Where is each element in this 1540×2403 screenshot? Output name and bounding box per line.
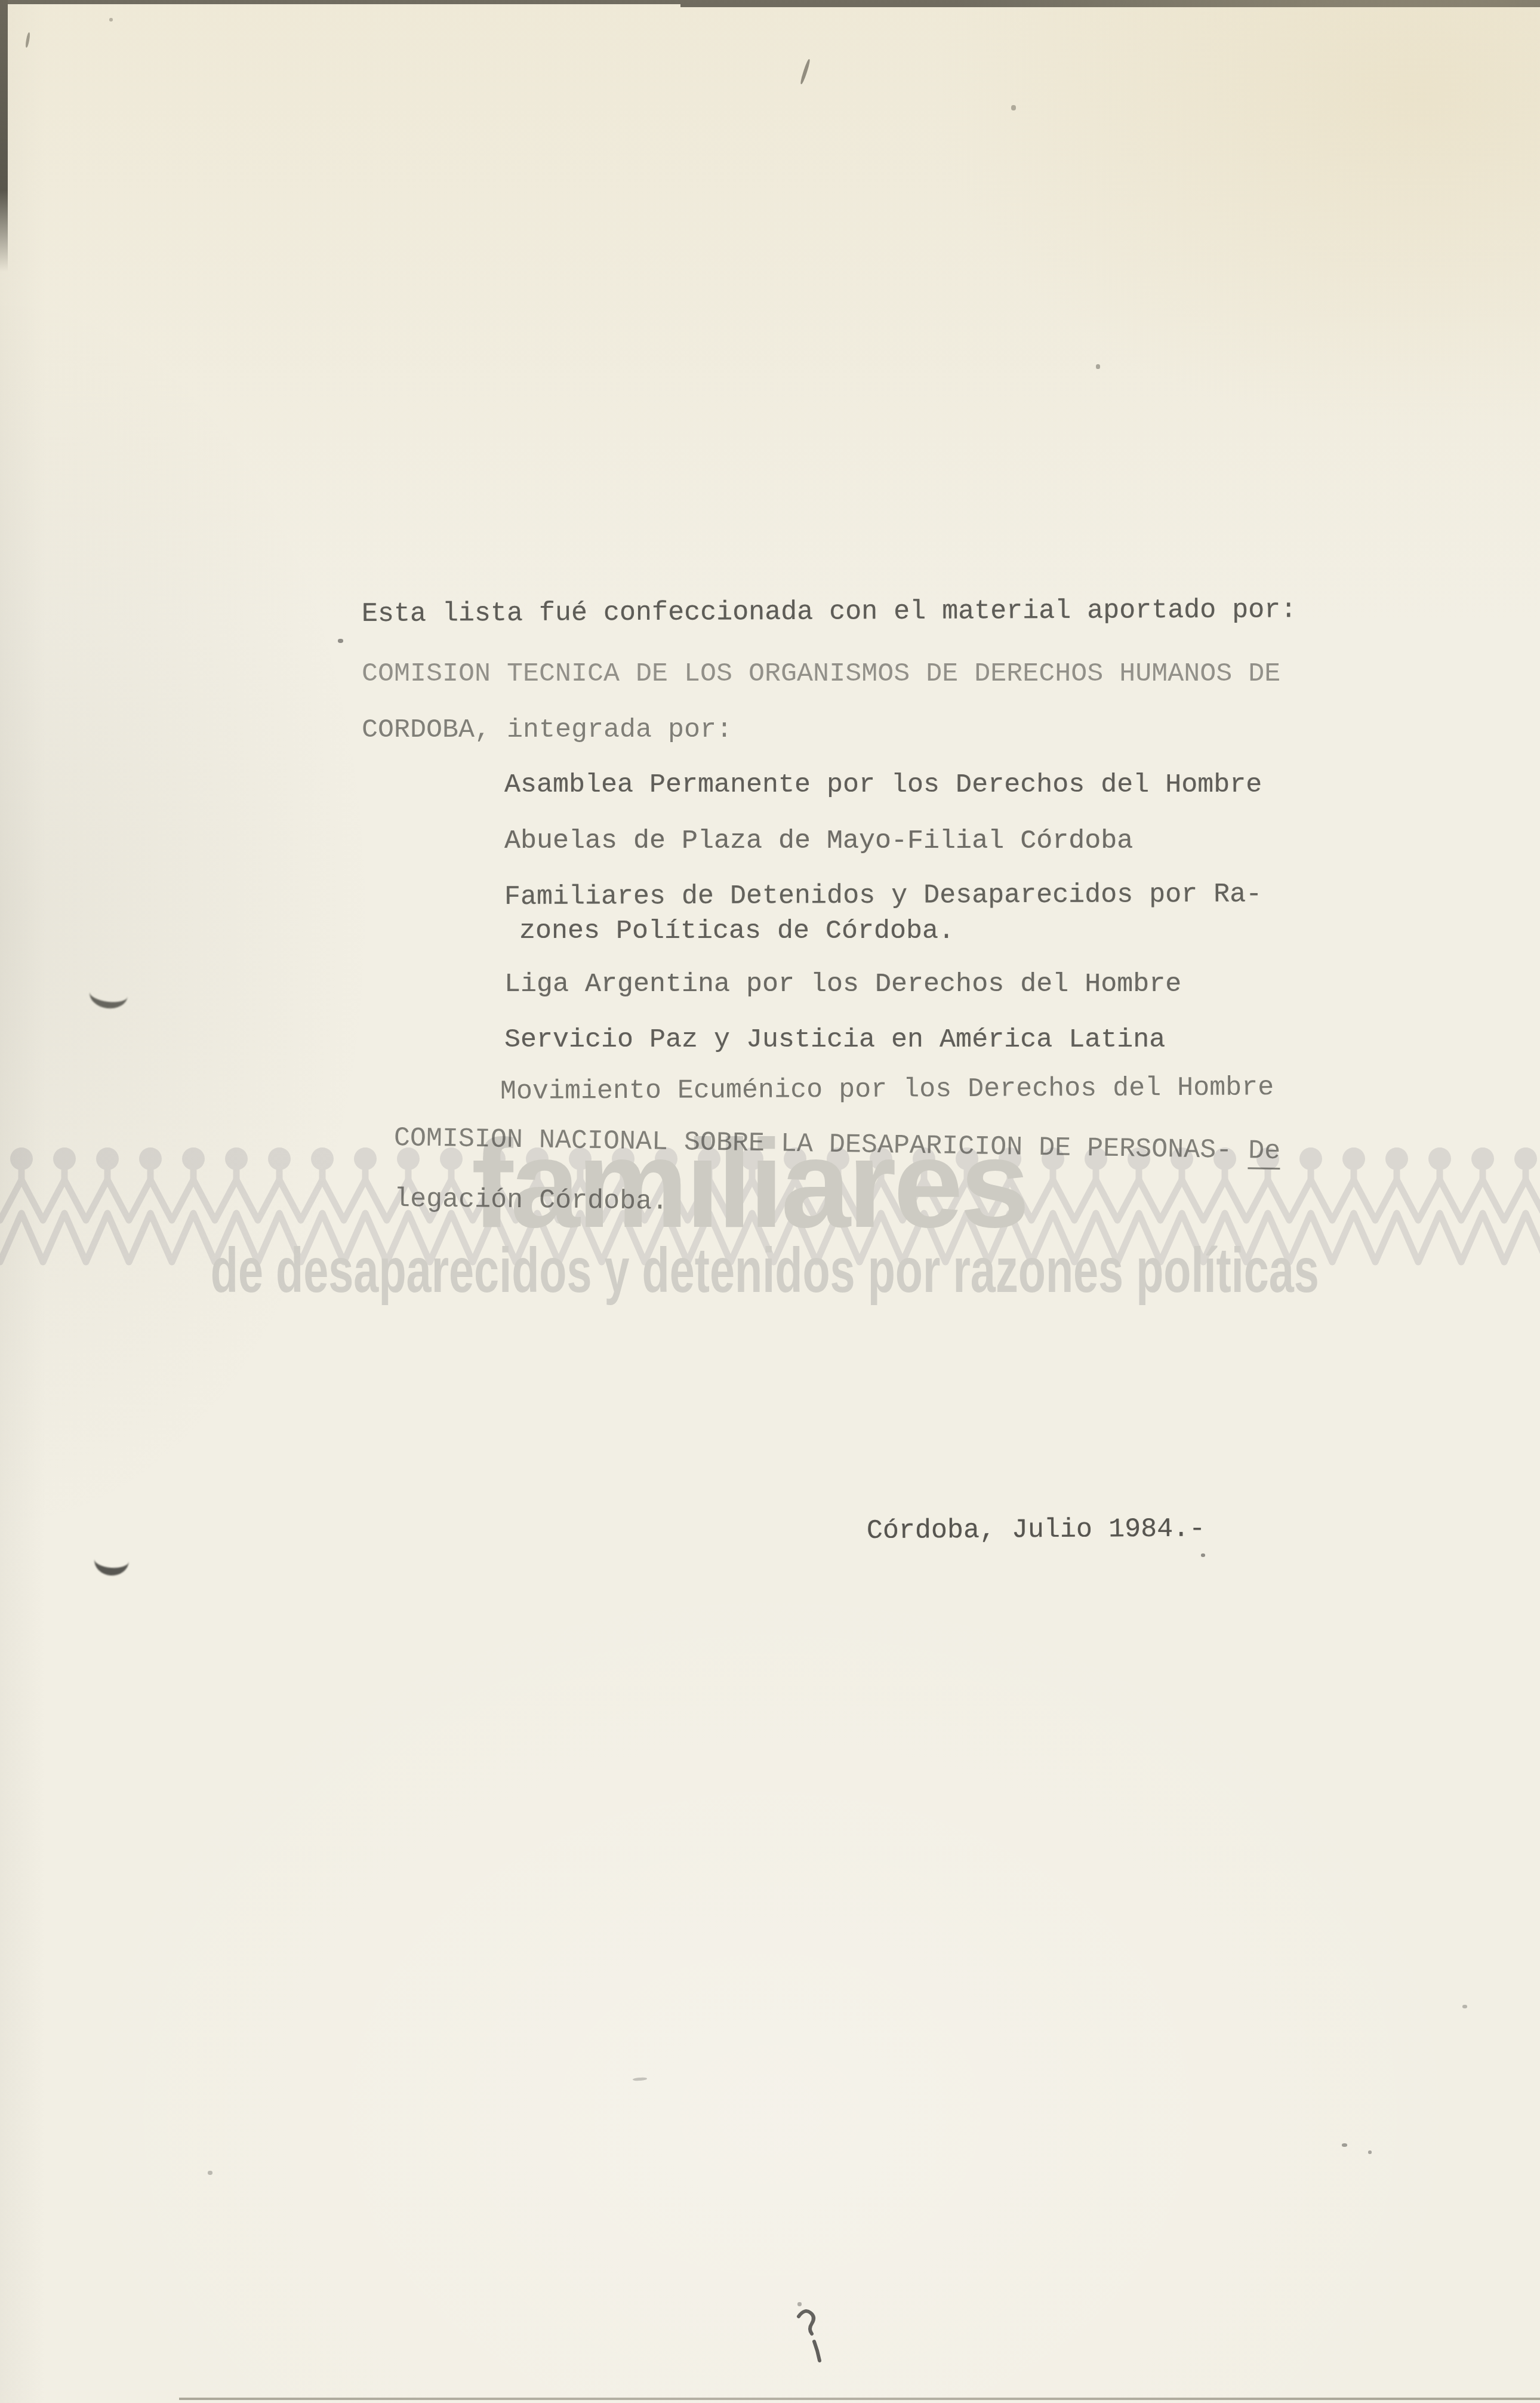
ink-speck — [799, 59, 811, 85]
scan-edge-bottom — [179, 2398, 1540, 2400]
scan-edge-top-right — [680, 0, 1540, 7]
ink-speck — [1462, 2005, 1467, 2008]
intro-line-2: COMISION TECNICA DE LOS ORGANISMOS DE DE… — [362, 660, 1280, 687]
ink-speck — [1368, 2150, 1372, 2154]
scan-edge-left — [0, 0, 8, 272]
ink-speck — [338, 639, 343, 643]
conadep-line-underlined: De — [1248, 1136, 1281, 1170]
organization-line-continuation: zones Políticas de Córdoba. — [519, 918, 954, 944]
organization-line: Liga Argentina por los Derechos del Homb… — [504, 971, 1181, 998]
organization-line: Familiares de Detenidos y Desaparecidos … — [504, 881, 1262, 910]
ink-speck — [25, 32, 30, 48]
organization-line: Asamblea Permanente por los Derechos del… — [504, 771, 1262, 798]
conadep-line-continuation: legación Córdoba. — [394, 1186, 668, 1215]
organization-line: Movimiento Ecuménico por los Derechos de… — [500, 1074, 1274, 1105]
ink-speck — [1342, 2143, 1347, 2147]
watermark-subtitle: de desaparecidos y detenidos por razones… — [211, 1239, 1320, 1302]
ink-speck — [1011, 105, 1016, 110]
organization-line: Servicio Paz y Justicia en América Latin… — [504, 1026, 1165, 1053]
document-page: familiares de desaparecidos y detenidos … — [0, 0, 1540, 2403]
ink-speck — [109, 18, 113, 21]
ink-speck — [797, 2302, 802, 2306]
intro-line-3: CORDOBA, integrada por: — [362, 716, 732, 743]
smudge-mark — [88, 978, 129, 1010]
dateline: Córdoba, Julio 1984.- — [867, 1516, 1205, 1544]
ink-speck — [1096, 364, 1100, 369]
ink-squiggle-mark — [794, 2307, 836, 2367]
smudge-mark — [93, 1544, 130, 1577]
ink-speck — [1201, 1553, 1205, 1557]
ink-speck — [208, 2171, 212, 2175]
ink-speck — [633, 2077, 647, 2081]
organization-line: Abuelas de Plaza de Mayo-Filial Córdoba — [504, 827, 1133, 854]
intro-line-1: Esta lista fué confeccionada con el mate… — [362, 596, 1296, 627]
